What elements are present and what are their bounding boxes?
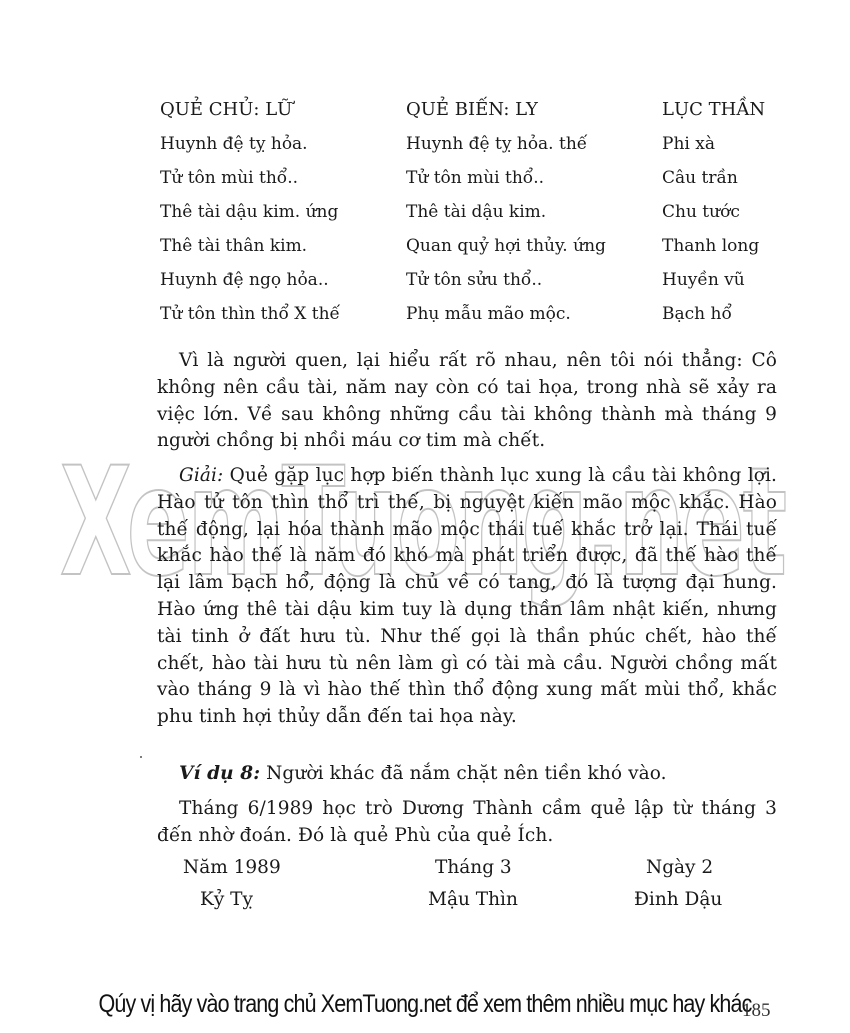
cell: Thê tài thân kim. — [160, 236, 307, 256]
paragraph-prediction: Vì là người quen, lại hiểu rất rõ nhau, … — [157, 348, 777, 455]
header-que-chu: QUẺ CHỦ: LỮ — [160, 100, 292, 120]
explanation-label: Giải: — [179, 465, 223, 486]
cell: Chu tước — [662, 202, 740, 222]
scan-speck — [140, 756, 142, 758]
cell: Huynh đệ tỵ hỏa. thế — [406, 134, 587, 154]
paragraph-text: Quẻ gặp lục hợp biến thành lục xung là c… — [157, 465, 777, 727]
header-que-bien: QUẺ BIẾN: LY — [406, 100, 538, 120]
day-value: Đinh Dậu — [634, 889, 722, 911]
footer-banner: Qúy vị hãy vào trang chủ XemTuong.net để… — [60, 990, 791, 1019]
cell: Thê tài dậu kim. ứng — [160, 202, 338, 222]
paragraph-text: Người khác đã nắm chặt nên tiền khó vào. — [260, 763, 667, 784]
month-label: Tháng 3 — [435, 857, 512, 879]
cell: Huynh đệ ngọ hỏa.. — [160, 270, 329, 290]
cell: Câu trần — [662, 168, 738, 188]
cell: Tử tôn thìn thổ X thế — [160, 304, 340, 324]
paragraph-explanation: Giải: Quẻ gặp lục hợp biến thành lục xun… — [157, 463, 777, 731]
paragraph-example-intro: Tháng 6/1989 học trò Dương Thành cầm quẻ… — [157, 796, 777, 850]
cell: Huyền vũ — [662, 270, 745, 290]
year-value: Kỷ Tỵ — [200, 889, 253, 911]
paragraph-example-heading: Ví dụ 8: Người khác đã nắm chặt nên tiền… — [157, 761, 777, 788]
cell: Phi xà — [662, 134, 715, 154]
year-label: Năm 1989 — [183, 857, 281, 879]
cell: Quan quỷ hợi thủy. ứng — [406, 236, 606, 256]
example-label: Ví dụ 8: — [179, 763, 260, 784]
book-page: XemTuong.net QUẺ CHỦ: LỮ QUẺ BIẾN: LY LỤ… — [0, 0, 850, 1033]
cell: Thê tài dậu kim. — [406, 202, 546, 222]
cell: Tử tôn sửu thổ.. — [406, 270, 542, 290]
cell: Tử tôn mùi thổ.. — [406, 168, 544, 188]
header-luc-than: LỤC THẦN — [662, 100, 765, 120]
day-label: Ngày 2 — [646, 857, 713, 879]
month-value: Mậu Thìn — [428, 889, 518, 911]
paragraph-text: Tháng 6/1989 học trò Dương Thành cầm quẻ… — [157, 798, 777, 846]
paragraph-text: Vì là người quen, lại hiểu rất rõ nhau, … — [157, 350, 777, 451]
cell: Huynh đệ tỵ hỏa. — [160, 134, 308, 154]
page-number: 185 — [742, 1000, 771, 1022]
cell: Tử tôn mùi thổ.. — [160, 168, 298, 188]
cell: Phụ mẫu mão mộc. — [406, 304, 571, 324]
cell: Bạch hổ — [662, 304, 732, 324]
cell: Thanh long — [662, 236, 759, 256]
